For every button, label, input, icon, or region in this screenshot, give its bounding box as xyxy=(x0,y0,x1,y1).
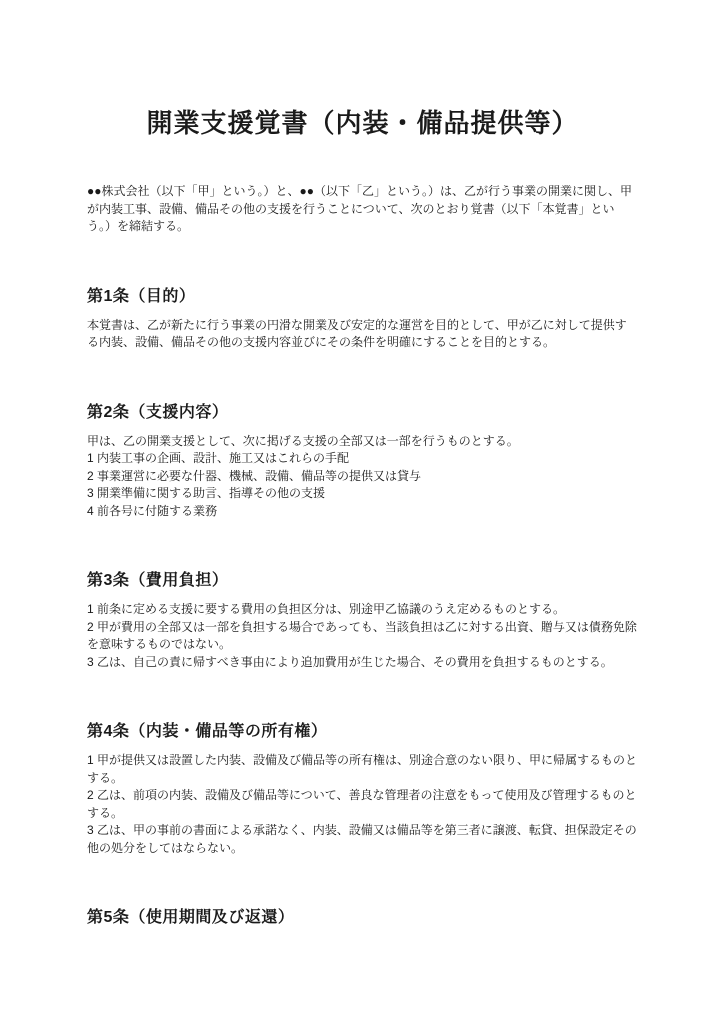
document-title: 開業支援覚書（内装・備品提供等） xyxy=(87,106,638,140)
article-section: 第5条（使用期間及び返還） xyxy=(87,907,638,929)
article-section: 第4条（内装・備品等の所有権） 1 甲が提供又は設置した内装、設備及び備品等の所… xyxy=(87,721,638,857)
article-paragraph: 1 甲が提供又は設置した内装、設備及び備品等の所有権は、別途合意のない限り、甲に… xyxy=(87,752,638,787)
article-section: 第2条（支援内容） 甲は、乙の開業支援として、次に掲げる支援の全部又は一部を行う… xyxy=(87,402,638,521)
article-section: 第3条（費用負担） 1 前条に定める支援に要する費用の負担区分は、別途甲乙協議の… xyxy=(87,570,638,671)
document-page: 開業支援覚書（内装・備品提供等） ●●株式会社（以下「甲」という。）と、●●（以… xyxy=(0,0,724,1024)
article-body: 本覚書は、乙が新たに行う事業の円滑な開業及び安定的な運営を目的として、甲が乙に対… xyxy=(87,317,638,352)
article-paragraph: 3 開業準備に関する助言、指導その他の支援 xyxy=(87,485,638,503)
article-paragraph: 2 事業運営に必要な什器、機械、設備、備品等の提供又は貸与 xyxy=(87,468,638,486)
article-paragraph: 2 甲が費用の全部又は一部を負担する場合であっても、当該負担は乙に対する出資、贈… xyxy=(87,619,638,654)
article-heading: 第2条（支援内容） xyxy=(87,402,638,424)
article-paragraph: 4 前各号に付随する業務 xyxy=(87,503,638,521)
articles-container: 第1条（目的） 本覚書は、乙が新たに行う事業の円滑な開業及び安定的な運営を目的と… xyxy=(87,286,638,930)
article-heading: 第1条（目的） xyxy=(87,286,638,308)
article-body: 甲は、乙の開業支援として、次に掲げる支援の全部又は一部を行うものとする。1 内装… xyxy=(87,433,638,521)
article-paragraph: 1 前条に定める支援に要する費用の負担区分は、別途甲乙協議のうえ定めるものとする… xyxy=(87,601,638,619)
article-paragraph: 2 乙は、前項の内装、設備及び備品等について、善良な管理者の注意をもって使用及び… xyxy=(87,787,638,822)
article-body: 1 前条に定める支援に要する費用の負担区分は、別途甲乙協議のうえ定めるものとする… xyxy=(87,601,638,671)
article-paragraph: 1 内装工事の企画、設計、施工又はこれらの手配 xyxy=(87,450,638,468)
article-section: 第1条（目的） 本覚書は、乙が新たに行う事業の円滑な開業及び安定的な運営を目的と… xyxy=(87,286,638,352)
article-heading: 第4条（内装・備品等の所有権） xyxy=(87,721,638,743)
article-paragraph: 本覚書は、乙が新たに行う事業の円滑な開業及び安定的な運営を目的として、甲が乙に対… xyxy=(87,317,638,352)
article-heading: 第5条（使用期間及び返還） xyxy=(87,907,638,929)
article-paragraph: 3 乙は、自己の責に帰すべき事由により追加費用が生じた場合、その費用を負担するも… xyxy=(87,654,638,672)
article-heading: 第3条（費用負担） xyxy=(87,570,638,592)
article-body: 1 甲が提供又は設置した内装、設備及び備品等の所有権は、別途合意のない限り、甲に… xyxy=(87,752,638,857)
article-paragraph: 甲は、乙の開業支援として、次に掲げる支援の全部又は一部を行うものとする。 xyxy=(87,433,638,451)
document-preamble: ●●株式会社（以下「甲」という。）と、●●（以下「乙」という。）は、乙が行う事業… xyxy=(87,183,638,236)
article-paragraph: 3 乙は、甲の事前の書面による承諾なく、内装、設備又は備品等を第三者に譲渡、転貸… xyxy=(87,822,638,857)
